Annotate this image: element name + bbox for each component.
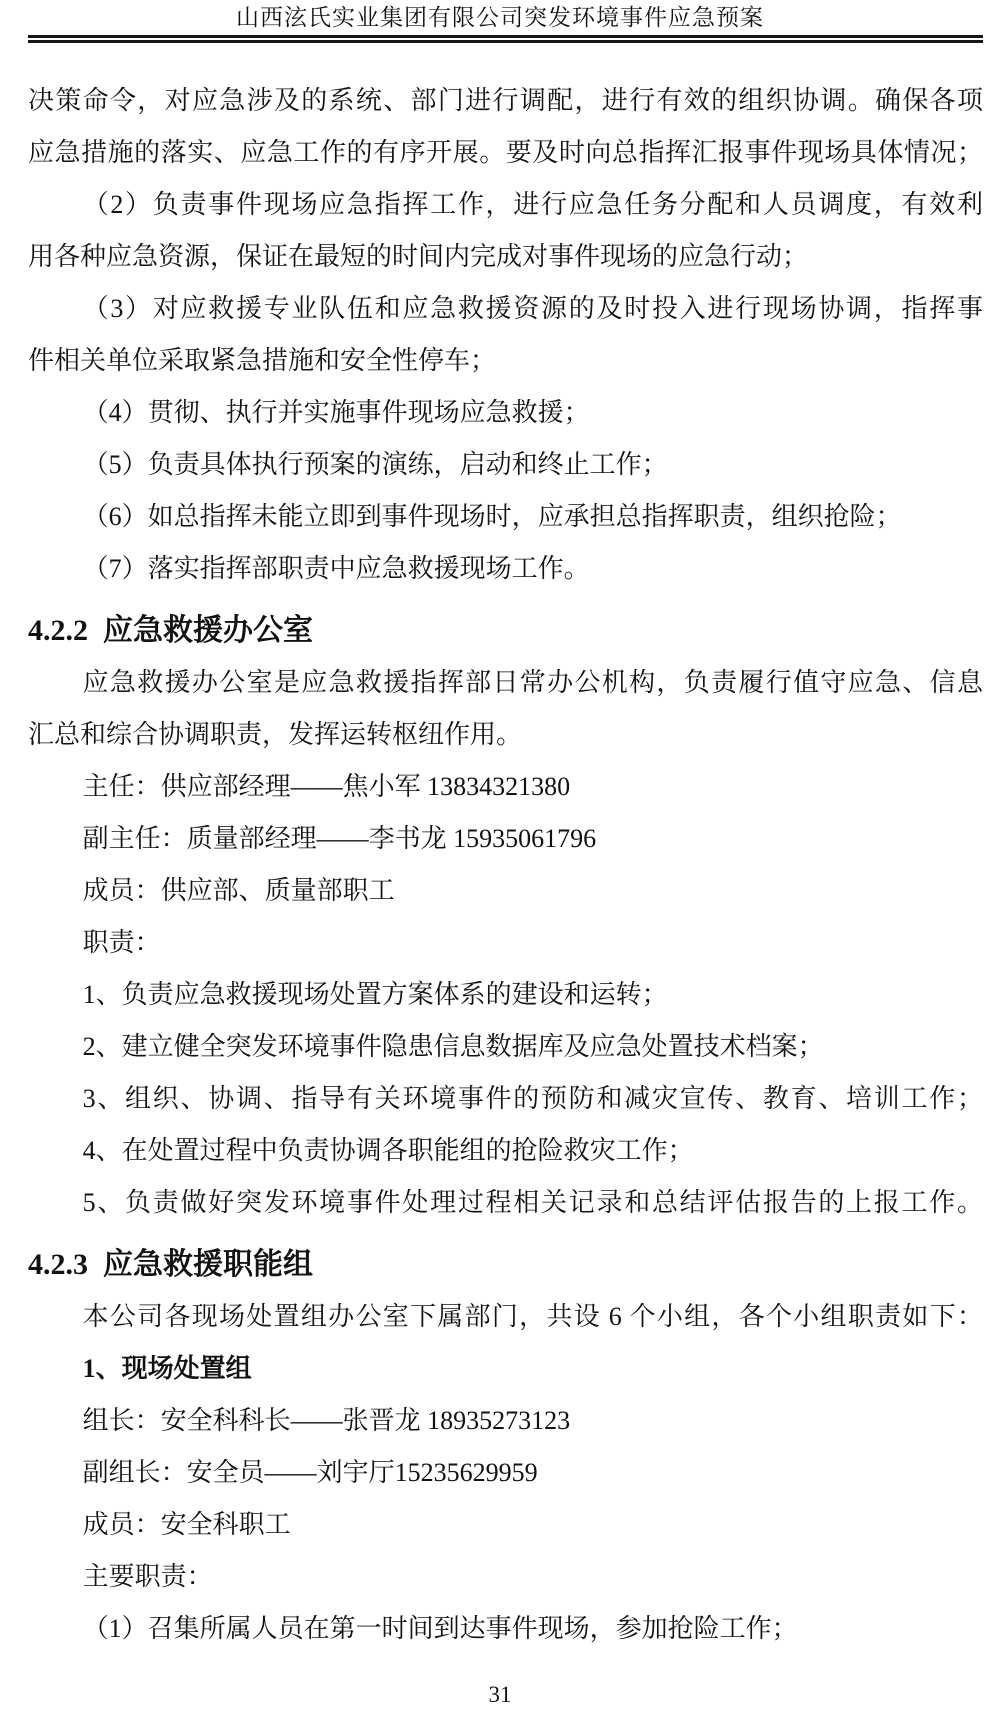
body-text-line: 件相关单位采取紧急措施和安全性停车； (28, 335, 983, 387)
body-text-line: （1）召集所属人员在第一时间到达事件现场，参加抢险工作； (28, 1603, 983, 1655)
body-text-line: 应急措施的落实、应急工作的有序开展。要及时向总指挥汇报事件现场具体情况； (28, 127, 983, 179)
body-text-line: 主要职责： (28, 1551, 983, 1603)
body-text-line: 1、负责应急救援现场处置方案体系的建设和运转； (28, 969, 983, 1021)
body-text-line: 5、负责做好突发环境事件处理过程相关记录和总结评估报告的上报工作。 (28, 1177, 983, 1229)
body-text-line: 2、建立健全突发环境事件隐患信息数据库及应急处置技术档案； (28, 1021, 983, 1073)
body-text-line: 4、在处置过程中负责协调各职能组的抢险救灾工作； (28, 1125, 983, 1177)
subsection-title: 1、现场处置组 (28, 1343, 983, 1395)
body-text-line: 副主任：质量部经理——李书龙 15935061796 (28, 813, 983, 865)
section-heading: 4.2.2 应急救援办公室 (28, 605, 983, 657)
body-text-line: （3）对应救援专业队伍和应急救援资源的及时投入进行现场协调，指挥事 (28, 283, 983, 335)
body-text-line: 决策命令，对应急涉及的系统、部门进行调配，进行有效的组织协调。确保各项 (28, 75, 983, 127)
body-text-line: （5）负责具体执行预案的演练，启动和终止工作； (28, 439, 983, 491)
page-number: 31 (0, 1682, 1000, 1708)
body-text-line: 用各种应急资源，保证在最短的时间内完成对事件现场的应急行动； (28, 231, 983, 283)
body-text-line: 职责： (28, 917, 983, 969)
body-text-line: 本公司各现场处置组办公室下属部门，共设 6 个小组，各个小组职责如下： (28, 1291, 983, 1343)
body-text-line: 成员：安全科职工 (28, 1499, 983, 1551)
page-header-title: 山西泫氏实业集团有限公司突发环境事件应急预案 (0, 4, 1000, 32)
body-text-line: （2）负责事件现场应急指挥工作，进行应急任务分配和人员调度，有效利 (28, 179, 983, 231)
body-text-line: 副组长：安全员——刘宇厅15235629959 (28, 1447, 983, 1499)
body-text-line: 3、组织、协调、指导有关环境事件的预防和减灾宣传、教育、培训工作； (28, 1073, 983, 1125)
body-text-line: 主任：供应部经理——焦小军 13834321380 (28, 761, 983, 813)
header-double-rule (28, 35, 983, 43)
body-text-line: 应急救援办公室是应急救援指挥部日常办公机构，负责履行值守应急、信息 (28, 657, 983, 709)
body-text-line: 组长：安全科科长——张晋龙 18935273123 (28, 1395, 983, 1447)
section-heading: 4.2.3 应急救援职能组 (28, 1239, 983, 1291)
body-text-line: （4）贯彻、执行并实施事件现场应急救援； (28, 387, 983, 439)
body-text-line: （7）落实指挥部职责中应急救援现场工作。 (28, 543, 983, 595)
document-page: 山西泫氏实业集团有限公司突发环境事件应急预案 决策命令，对应急涉及的系统、部门进… (0, 0, 1000, 1716)
body-text-line: 成员：供应部、质量部职工 (28, 865, 983, 917)
document-body: 决策命令，对应急涉及的系统、部门进行调配，进行有效的组织协调。确保各项应急措施的… (28, 75, 983, 1655)
body-text-line: 汇总和综合协调职责，发挥运转枢纽作用。 (28, 709, 983, 761)
body-text-line: （6）如总指挥未能立即到事件现场时，应承担总指挥职责，组织抢险； (28, 491, 983, 543)
